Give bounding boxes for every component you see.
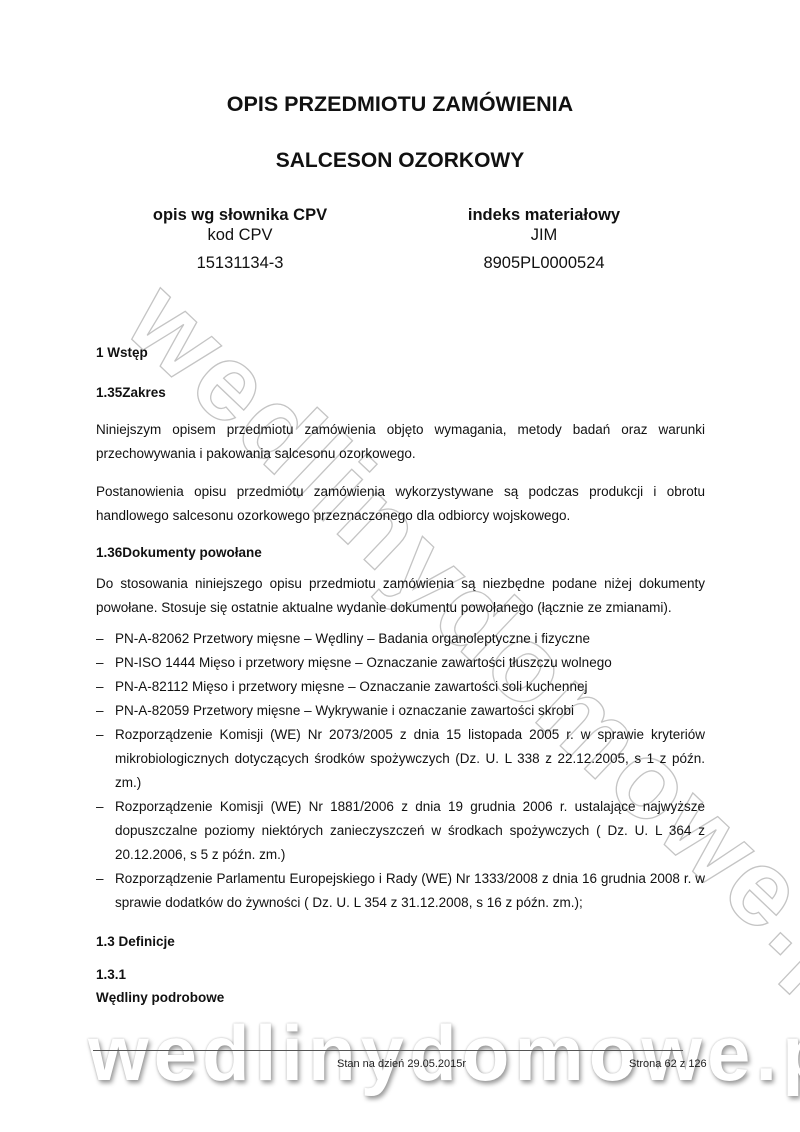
scope-paragraph-2: Postanowienia opisu przedmiotu zamówieni…	[96, 480, 705, 528]
definition-title: Wędliny podrobowe	[96, 990, 224, 1005]
section-heading-scope: 1.35Zakres	[96, 385, 166, 400]
scope-paragraph-1: Niniejszym opisem przedmiotu zamówienia …	[96, 418, 705, 466]
list-item: –Rozporządzenie Komisji (WE) Nr 1881/200…	[96, 795, 705, 867]
list-item: –PN-A-82112 Mięso i przetwory mięsne – O…	[96, 675, 705, 699]
list-item: –PN-ISO 1444 Mięso i przetwory mięsne – …	[96, 651, 705, 675]
documents-intro: Do stosowania niniejszego opisu przedmio…	[96, 572, 705, 620]
footer-page-number: Strona 62 z 126	[629, 1058, 707, 1070]
document-content: OPIS PRZEDMIOTU ZAMÓWIENIA SALCESON OZOR…	[0, 0, 800, 1132]
material-index-block: indeks materiałowy JIM 8905PL0000524	[384, 205, 704, 273]
definition-number: 1.3.1	[96, 967, 126, 982]
section-heading-intro: 1 Wstęp	[96, 345, 148, 360]
document-page: wedlinydomowe.pl OPIS PRZEDMIOTU ZAMÓWIE…	[0, 0, 800, 1132]
referenced-documents-list: –PN-A-82062 Przetwory mięsne – Wędliny –…	[96, 627, 705, 915]
list-item: –PN-A-82062 Przetwory mięsne – Wędliny –…	[96, 627, 705, 651]
material-index-heading: indeks materiałowy	[384, 205, 704, 225]
footer-divider	[93, 1050, 683, 1051]
cpv-label: kod CPV	[80, 225, 400, 245]
list-item: –Rozporządzenie Komisji (WE) Nr 2073/200…	[96, 723, 705, 795]
cpv-block: opis wg słownika CPV kod CPV 15131134-3	[80, 205, 400, 273]
material-index-label: JIM	[384, 225, 704, 245]
section-heading-documents: 1.36Dokumenty powołane	[96, 545, 262, 560]
cpv-code: 15131134-3	[80, 253, 400, 273]
footer-status-date: Stan na dzień 29.05.2015r	[337, 1058, 466, 1070]
list-item: –Rozporządzenie Parlamentu Europejskiego…	[96, 867, 705, 915]
material-index-code: 8905PL0000524	[384, 253, 704, 273]
list-item: –PN-A-82059 Przetwory mięsne – Wykrywani…	[96, 699, 705, 723]
cpv-heading: opis wg słownika CPV	[80, 205, 400, 225]
document-title: OPIS PRZEDMIOTU ZAMÓWIENIA	[0, 92, 800, 117]
section-heading-definitions: 1.3 Definicje	[96, 934, 175, 949]
document-subtitle: SALCESON OZORKOWY	[0, 149, 800, 173]
